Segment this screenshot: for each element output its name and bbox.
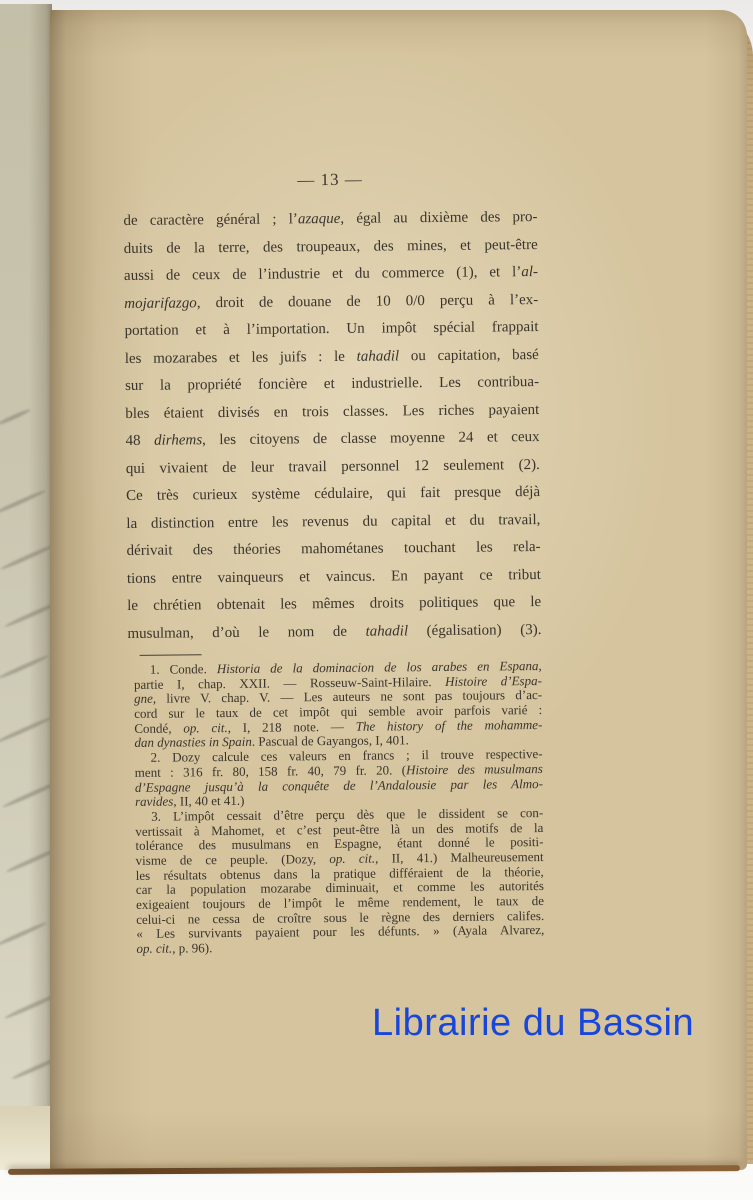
pencil-mark <box>0 654 49 680</box>
text-line: mojarifazgo, droit de douane de 10 0/0 p… <box>124 287 538 318</box>
text-line: aussi de ceux de l’industrie et du comme… <box>124 259 538 290</box>
book-photo-scene: — 13 — de caractère général ; l’azaque, … <box>0 0 753 1200</box>
text-line: bles étaient divisés en trois classes. L… <box>125 397 539 428</box>
text-line: dérivait des théories mahométanes toucha… <box>127 534 541 565</box>
pencil-mark <box>0 408 31 426</box>
text-line: sur la propriété foncière et industriell… <box>125 369 539 400</box>
footnote-separator <box>140 654 202 656</box>
text-line: le chrétien obtenait les mêmes droits po… <box>127 589 541 620</box>
pencil-mark <box>0 543 56 571</box>
text-line: portation et à l’importation. Un impôt s… <box>124 314 538 345</box>
text-line: les mozarabes et les juifs : le tahadil … <box>125 342 539 373</box>
text-line: qui vivaient de leur travail personnel 1… <box>126 452 540 483</box>
text-line: tions entre vainqueurs et vaincus. En pa… <box>127 562 541 593</box>
pencil-mark <box>0 921 47 947</box>
page-content: — 13 — de caractère général ; l’azaque, … <box>123 168 545 957</box>
pencil-mark <box>0 716 52 744</box>
pencil-mark <box>0 489 46 515</box>
text-line: musulman, d’où le nom de tahadil (égalis… <box>127 617 541 648</box>
page-number: — 13 — <box>123 168 537 194</box>
text-line: la distinction entre les revenus du capi… <box>126 507 540 538</box>
footnotes: 1. Conde. Historia de la dominacion de l… <box>128 659 545 957</box>
watermark-text: Librairie du Bassin <box>372 1002 694 1045</box>
text-line: 48 dirhems, les citoyens de classe moyen… <box>125 424 539 455</box>
adjacent-page-edge <box>0 4 52 1114</box>
text-line: de caractère général ; l’azaque, égal au… <box>123 204 537 235</box>
body-text: de caractère général ; l’azaque, égal au… <box>123 204 541 648</box>
text-line: duits de la terre, des troupeaux, des mi… <box>124 232 538 263</box>
text-line: Ce très curieux système cédulaire, qui f… <box>126 479 540 510</box>
